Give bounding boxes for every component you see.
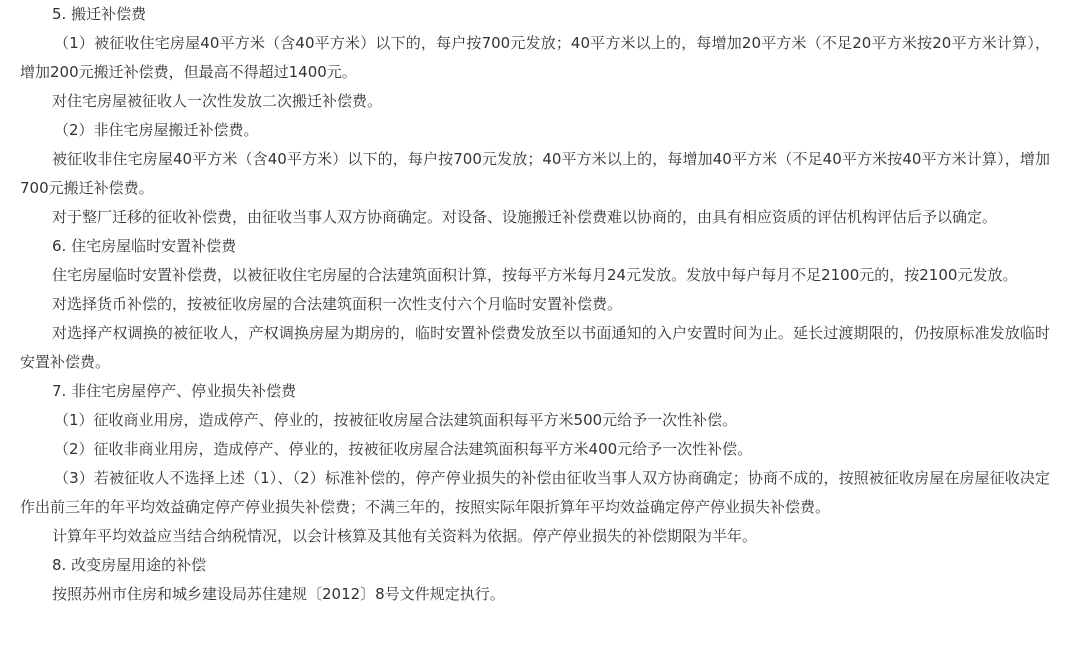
clause-7-2-noncommercial: （2）征收非商业用房，造成停产、停业的，按被征收房屋合法建筑面积每平方米400元… (20, 435, 1050, 464)
paragraph-factory-relocation: 对于整厂迁移的征收补偿费，由征收当事人双方协商确定。对设备、设施搬迁补偿费难以协… (20, 203, 1050, 232)
document-body: 5. 搬迁补偿费 （1）被征收住宅房屋40平方米（含40平方米）以下的，每户按7… (20, 0, 1050, 609)
clause-7-1-commercial: （1）征收商业用房，造成停产、停业的，按被征收房屋合法建筑面积每平方米500元给… (20, 406, 1050, 435)
paragraph-property-exchange: 对选择产权调换的被征收人，产权调换房屋为期房的，临时安置补偿费发放至以书面通知的… (20, 319, 1050, 377)
paragraph-usage-change-rule: 按照苏州市住房和城乡建设局苏住建规〔2012〕8号文件规定执行。 (20, 580, 1050, 609)
paragraph-nonresidential-moving-rule: 被征收非住宅房屋40平方米（含40平方米）以下的，每户按700元发放；40平方米… (20, 145, 1050, 203)
clause-5-1-residential-moving-fee: （1）被征收住宅房屋40平方米（含40平方米）以下的，每户按700元发放；40平… (20, 29, 1050, 87)
section-heading-5: 5. 搬迁补偿费 (20, 0, 1050, 29)
paragraph-temporary-resettlement-rate: 住宅房屋临时安置补偿费，以被征收住宅房屋的合法建筑面积计算，按每平方米每月24元… (20, 261, 1050, 290)
clause-5-2-nonresidential-moving-fee: （2）非住宅房屋搬迁补偿费。 (20, 116, 1050, 145)
paragraph-second-moving-fee: 对住宅房屋被征收人一次性发放二次搬迁补偿费。 (20, 87, 1050, 116)
paragraph-annual-benefit-calculation: 计算年平均效益应当结合纳税情况，以会计核算及其他有关资料为依据。停产停业损失的补… (20, 522, 1050, 551)
section-heading-8: 8. 改变房屋用途的补偿 (20, 551, 1050, 580)
clause-7-3-negotiation: （3）若被征收人不选择上述（1）、（2）标准补偿的，停产停业损失的补偿由征收当事… (20, 464, 1050, 522)
paragraph-monetary-compensation: 对选择货币补偿的，按被征收房屋的合法建筑面积一次性支付六个月临时安置补偿费。 (20, 290, 1050, 319)
section-heading-7: 7. 非住宅房屋停产、停业损失补偿费 (20, 377, 1050, 406)
section-heading-6: 6. 住宅房屋临时安置补偿费 (20, 232, 1050, 261)
